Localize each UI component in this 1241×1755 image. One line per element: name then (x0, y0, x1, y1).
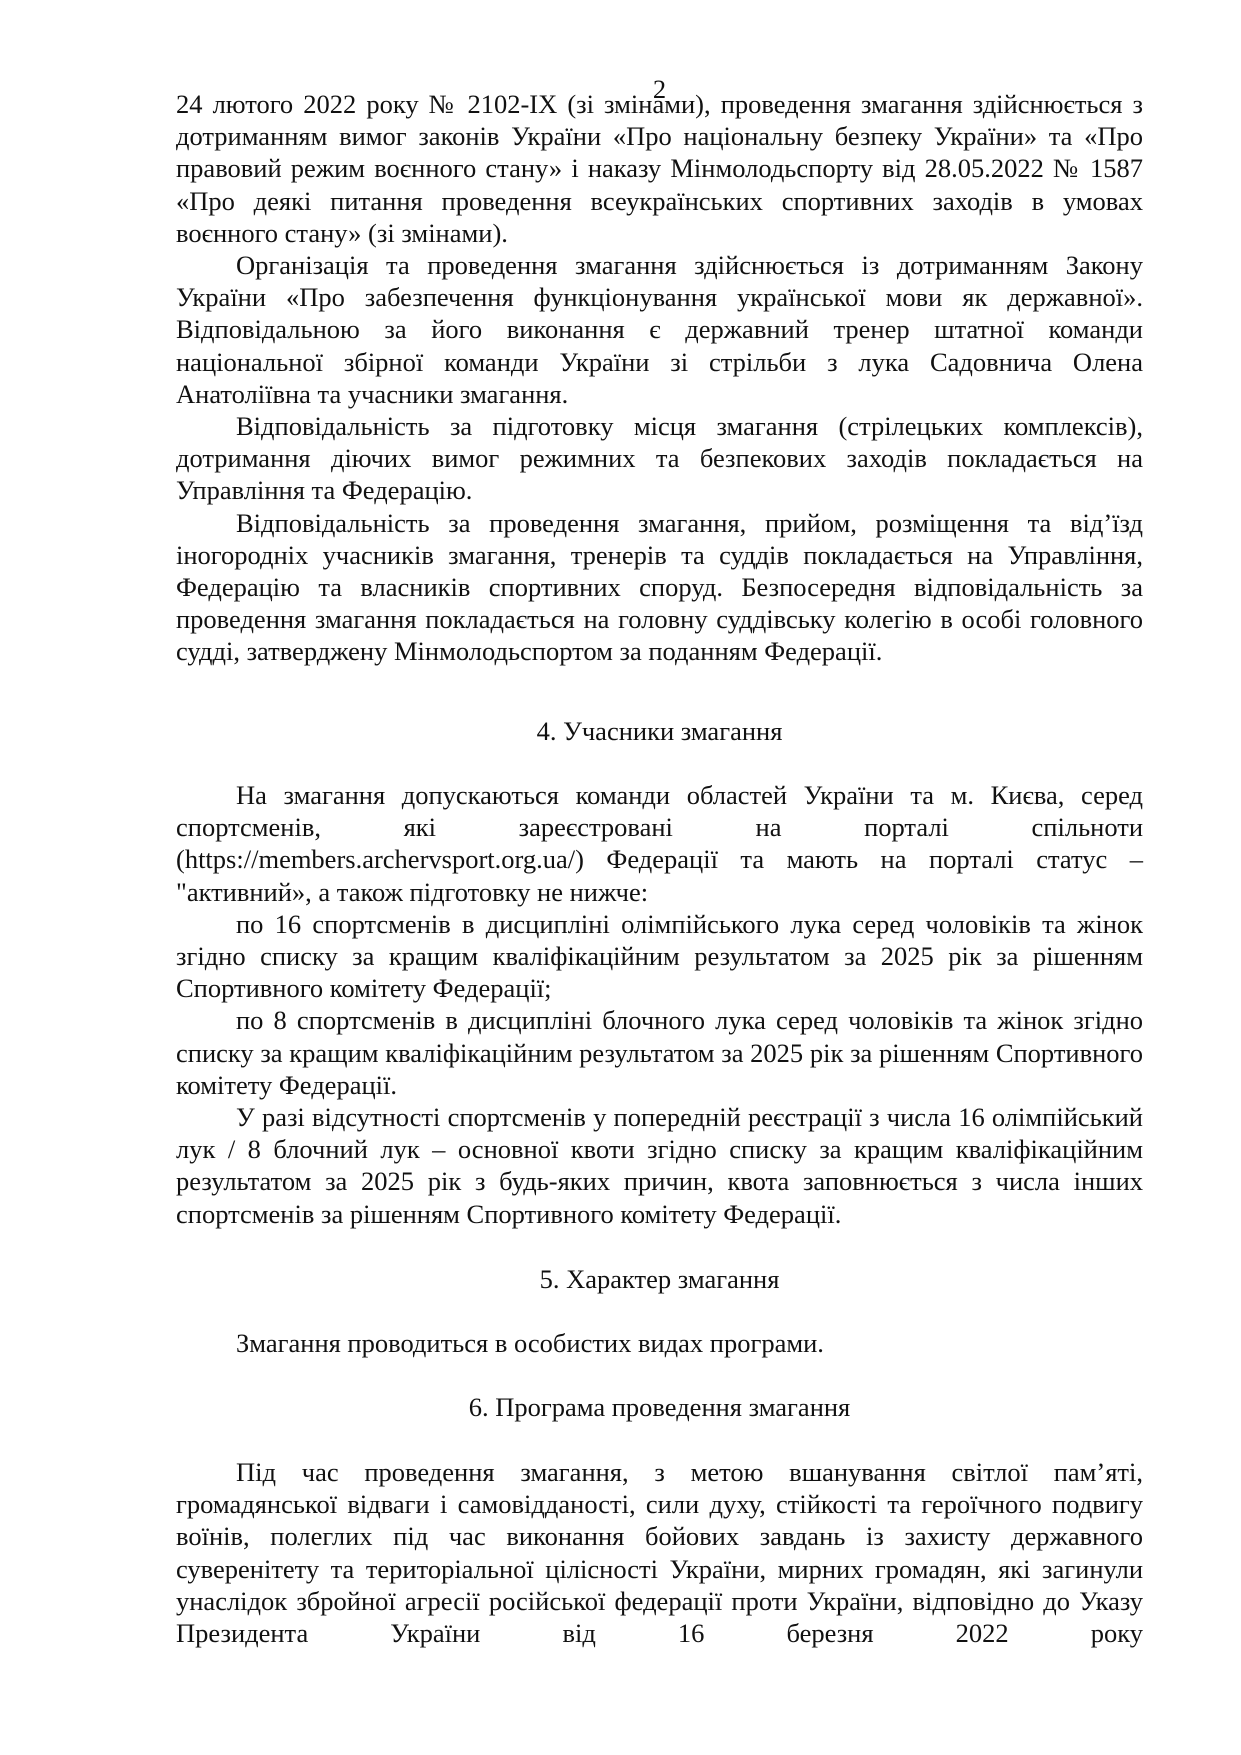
paragraph: по 8 спортсменів в дисципліні блочного л… (176, 1004, 1143, 1101)
section-character-body: Змагання проводиться в особистих видах п… (176, 1327, 1143, 1359)
paragraph: Організація та проведення змагання здійс… (176, 249, 1143, 410)
section-program: 6. Програма проведення змагання (176, 1391, 1143, 1423)
section-participants: 4. Учасники змагання (176, 715, 1143, 747)
section3-continuation: 24 лютого 2022 року № 2102-IX (зі змінам… (176, 88, 1143, 668)
paragraph: Відповідальність за проведення змагання,… (176, 507, 1143, 668)
section-program-body: Під час проведення змагання, з метою вша… (176, 1456, 1143, 1649)
section-heading: 4. Учасники змагання (176, 715, 1143, 747)
section-heading: 6. Програма проведення змагання (176, 1391, 1143, 1423)
paragraph: Відповідальність за підготовку місця зма… (176, 410, 1143, 507)
paragraph: На змагання допускаються команди областе… (176, 779, 1143, 908)
section-heading: 5. Характер змагання (176, 1263, 1143, 1295)
paragraph: по 16 спортсменів в дисципліні олімпійсь… (176, 908, 1143, 1005)
paragraph: Під час проведення змагання, з метою вша… (176, 1456, 1143, 1649)
paragraph: 24 лютого 2022 року № 2102-IX (зі змінам… (176, 88, 1143, 249)
paragraph: У разі відсутності спортсменів у поперед… (176, 1101, 1143, 1230)
section-participants-body: На змагання допускаються команди областе… (176, 779, 1143, 1230)
paragraph: Змагання проводиться в особистих видах п… (176, 1327, 1143, 1359)
section-character: 5. Характер змагання (176, 1263, 1143, 1295)
